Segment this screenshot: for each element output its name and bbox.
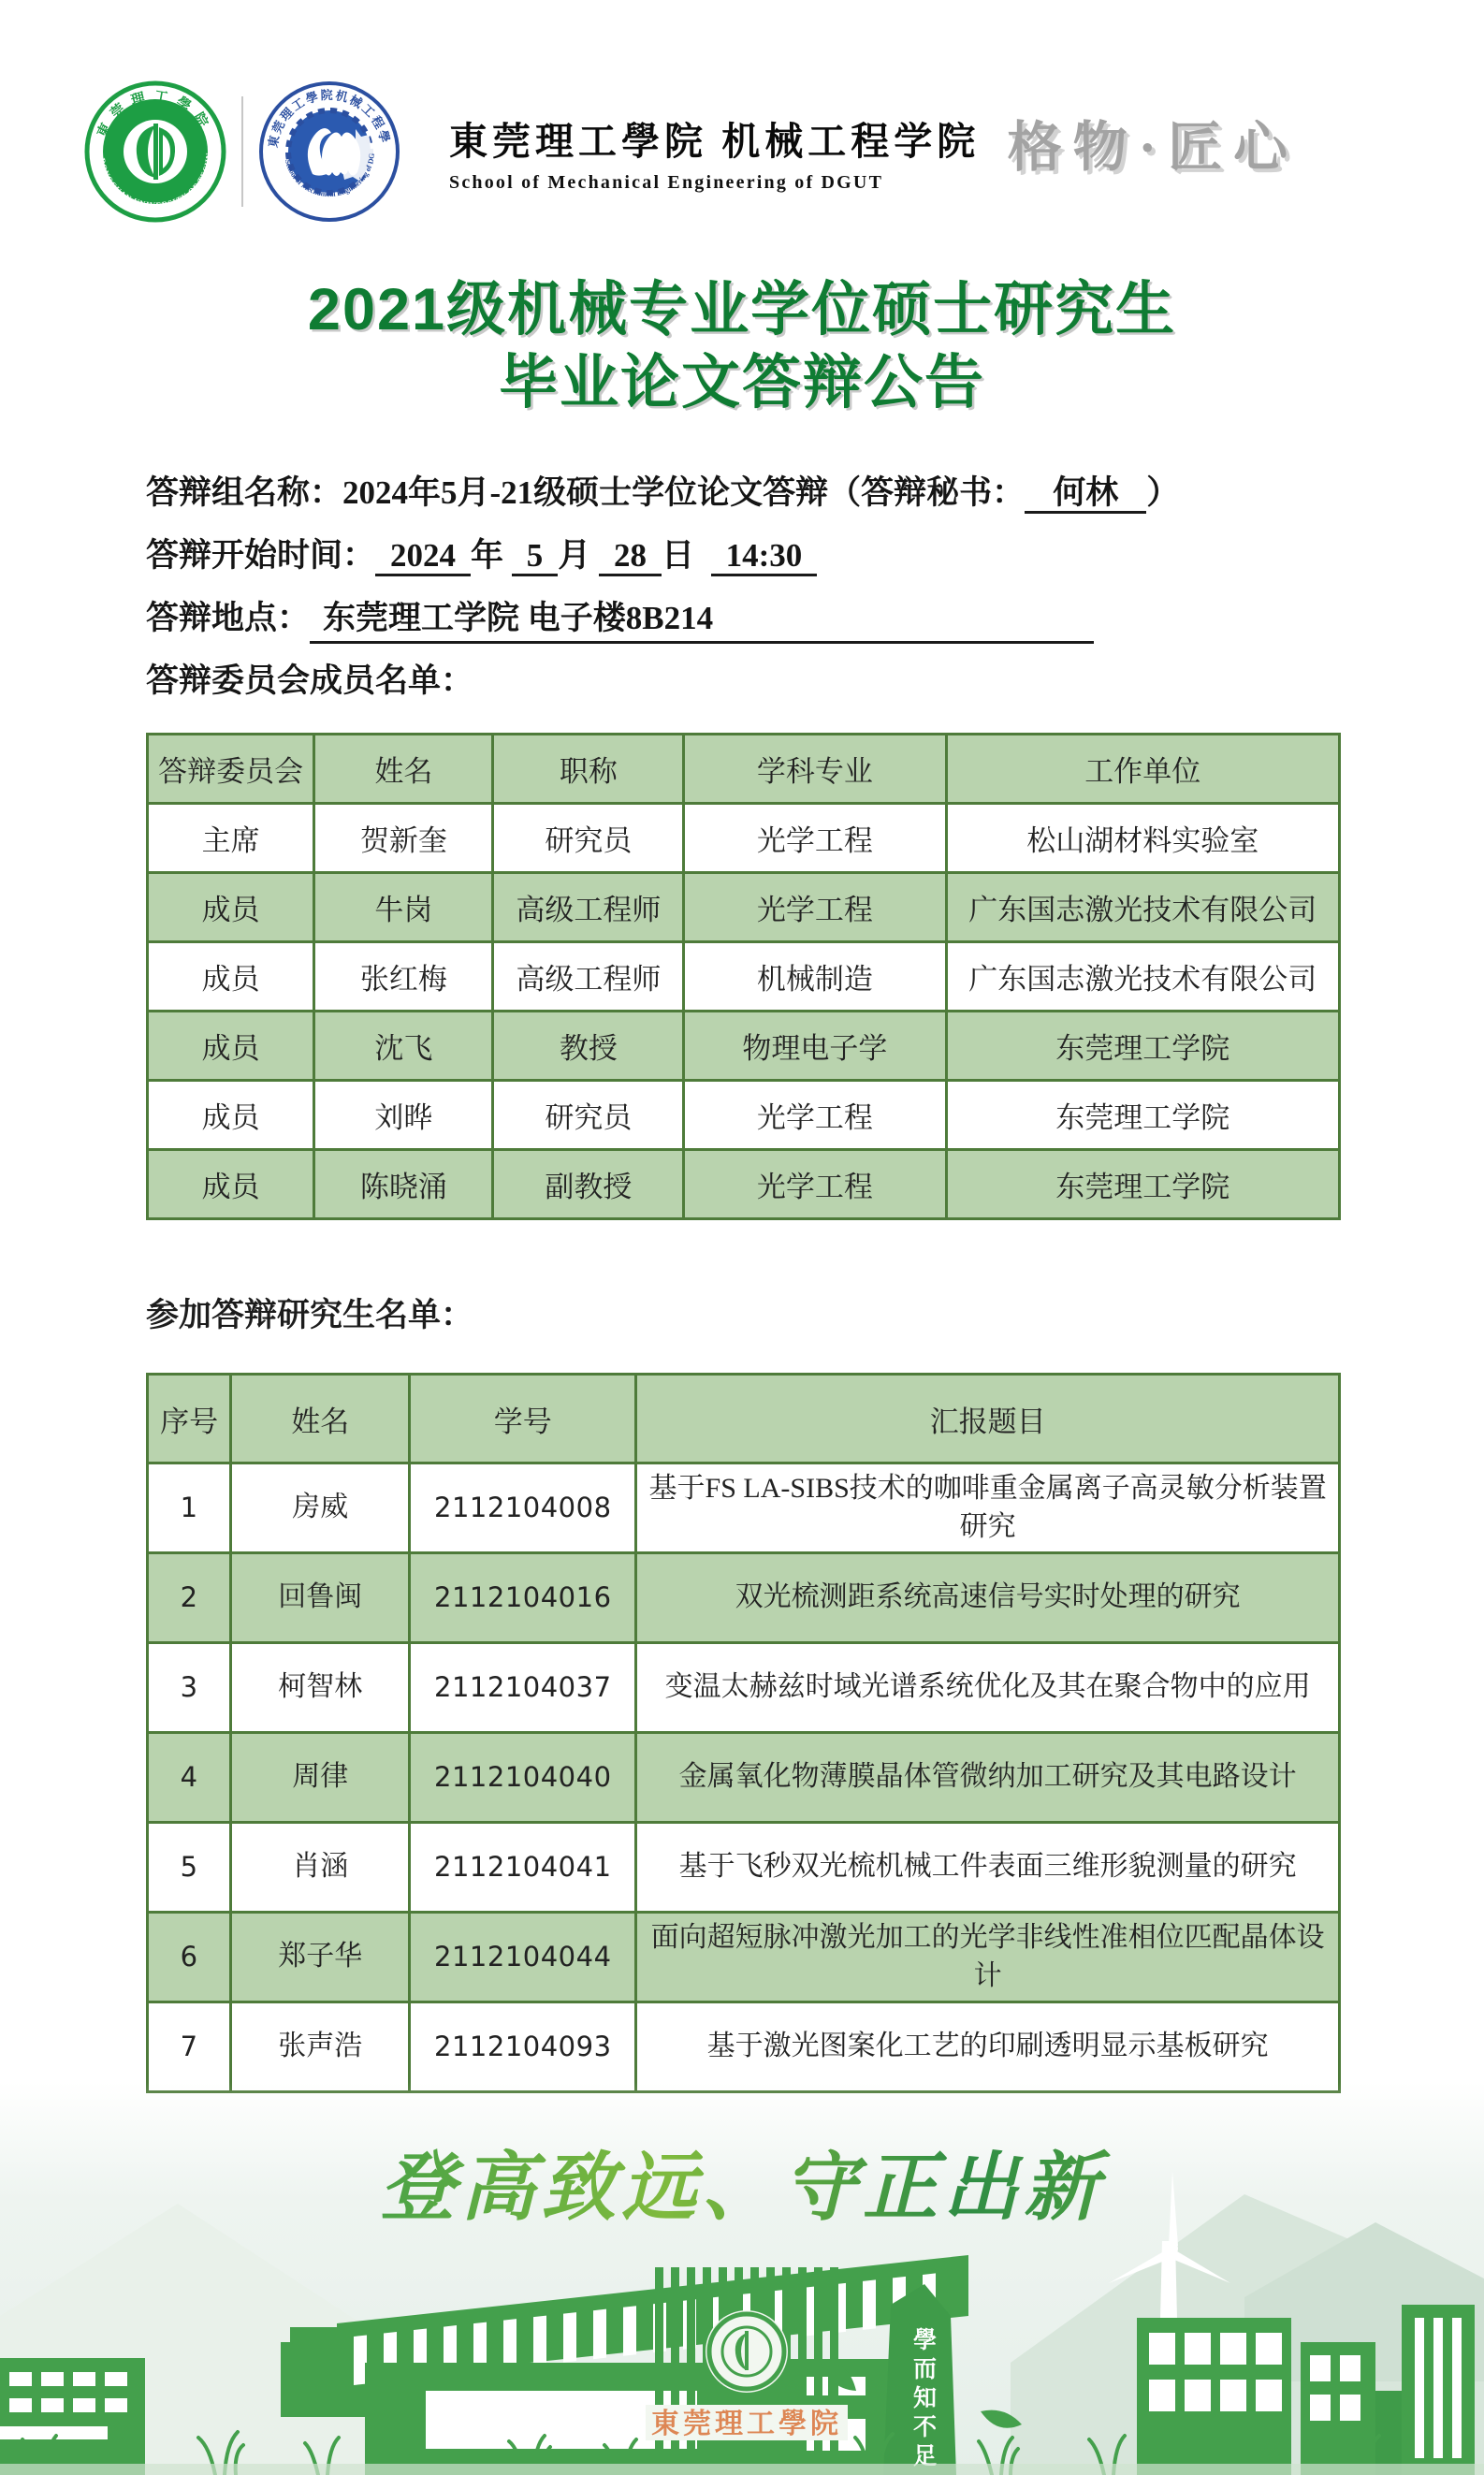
building-icon bbox=[0, 2358, 145, 2475]
table-cell: 广东国志激光技术有限公司 bbox=[946, 942, 1339, 1012]
table-cell: 2112104041 bbox=[410, 1823, 636, 1913]
defense-location-value: 东莞理工学院 电子楼8B214 bbox=[310, 596, 1094, 644]
table-cell: 成员 bbox=[148, 1150, 314, 1219]
table-cell: 张声浩 bbox=[231, 2002, 410, 2092]
table-row: 成员陈晓涌副教授光学工程东莞理工学院 bbox=[148, 1150, 1340, 1219]
school-name-en: School of Mechanical Engineering of DGUT bbox=[449, 172, 980, 194]
table-row: 4周律2112104040金属氧化物薄膜晶体管微纳加工研究及其电路设计 bbox=[148, 1733, 1340, 1823]
table-cell: 研究员 bbox=[493, 804, 684, 873]
table-cell: 房威 bbox=[231, 1463, 410, 1553]
table-row: 成员牛岗高级工程师光学工程广东国志激光技术有限公司 bbox=[148, 873, 1340, 942]
defense-year: 2024 bbox=[375, 537, 471, 576]
defense-group-label: 答辩组名称： bbox=[146, 474, 342, 511]
table-cell: 7 bbox=[148, 2002, 231, 2092]
table-cell: 基于激光图案化工艺的印刷透明显示基板研究 bbox=[636, 2002, 1340, 2092]
defense-time-label: 答辩开始时间： bbox=[146, 537, 375, 574]
table-cell: 金属氧化物薄膜晶体管微纳加工研究及其电路设计 bbox=[636, 1733, 1340, 1823]
unit-month: 月 bbox=[558, 537, 590, 574]
defense-clock: 14:30 bbox=[711, 537, 818, 576]
defense-location-line: 答辩地点：东莞理工学院 电子楼8B214 bbox=[146, 596, 1179, 659]
student-table: 序号姓名学号汇报题目1房威2112104008基于FS LA-SIBS技术的咖啡… bbox=[146, 1373, 1341, 2093]
table-cell: 4 bbox=[148, 1733, 231, 1823]
table-row: 6郑子华2112104044面向超短脉冲激光加工的光学非线性准相位匹配晶体设计 bbox=[148, 1913, 1340, 2002]
table-cell: 2112104093 bbox=[410, 2002, 636, 2092]
page-header: 東莞理工學院 DONGGUAN UNIVERSITY OF TECHNOLOGY… bbox=[84, 80, 980, 223]
committee-table: 答辩委员会姓名职称学科专业工作单位主席贺新奎研究员光学工程松山湖材料实验室成员牛… bbox=[146, 733, 1341, 1220]
table-row: 成员刘晔研究员光学工程东莞理工学院 bbox=[148, 1081, 1340, 1150]
page-title: 2021级机械专业学位硕士研究生 毕业论文答辩公告 bbox=[0, 273, 1484, 419]
table-cell: 光学工程 bbox=[684, 873, 946, 942]
table-row: 成员沈飞教授物理电子学东莞理工学院 bbox=[148, 1012, 1340, 1081]
table-cell: 5 bbox=[148, 1823, 231, 1913]
table-cell: 2112104016 bbox=[410, 1553, 636, 1643]
table-row: 3柯智林2112104037变温太赫兹时域光谱系统优化及其在聚合物中的应用 bbox=[148, 1643, 1340, 1733]
students-list-label: 参加答辩研究生名单： bbox=[146, 1289, 473, 1336]
table-cell: 光学工程 bbox=[684, 804, 946, 873]
table-cell: 成员 bbox=[148, 942, 314, 1012]
table-cell: 3 bbox=[148, 1643, 231, 1733]
column-header: 学号 bbox=[410, 1375, 636, 1463]
table-cell: 陈晓涌 bbox=[314, 1150, 493, 1219]
table-cell: 2112104008 bbox=[410, 1463, 636, 1553]
column-header: 序号 bbox=[148, 1375, 231, 1463]
column-header: 姓名 bbox=[231, 1375, 410, 1463]
table-cell: 贺新奎 bbox=[314, 804, 493, 873]
defense-group-line: 答辩组名称：2024年5月-21级硕士学位论文答辩（答辩秘书：何林） bbox=[146, 471, 1179, 533]
defense-group-close: ） bbox=[1146, 474, 1179, 511]
table-cell: 2 bbox=[148, 1553, 231, 1643]
table-row: 2回鲁闽2112104016双光梳测距系统高速信号实时处理的研究 bbox=[148, 1553, 1340, 1643]
table-row: 5肖涵2112104041基于飞秒双光梳机械工件表面三维形貌测量的研究 bbox=[148, 1823, 1340, 1913]
announcement-page: 東莞理工學院 DONGGUAN UNIVERSITY OF TECHNOLOGY… bbox=[0, 0, 1484, 2475]
header-row: 答辩委员会姓名职称学科专业工作单位 bbox=[148, 735, 1340, 804]
table-row: 主席贺新奎研究员光学工程松山湖材料实验室 bbox=[148, 804, 1340, 873]
table-cell: 基于FS LA-SIBS技术的咖啡重金属离子高灵敏分析装置研究 bbox=[636, 1463, 1340, 1553]
table-cell: 变温太赫兹时域光谱系统优化及其在聚合物中的应用 bbox=[636, 1643, 1340, 1733]
table-cell: 副教授 bbox=[493, 1150, 684, 1219]
table-row: 1房威2112104008基于FS LA-SIBS技术的咖啡重金属离子高灵敏分析… bbox=[148, 1463, 1340, 1553]
hall-building-icon bbox=[281, 2255, 968, 2475]
table-cell: 张红梅 bbox=[314, 942, 493, 1012]
page-footer: 東莞理工學院 學而知不足 bbox=[0, 2082, 1484, 2475]
page-title-line2: 毕业论文答辩公告 bbox=[0, 346, 1484, 419]
column-header: 学科专业 bbox=[684, 735, 946, 804]
table-cell: 高级工程师 bbox=[493, 942, 684, 1012]
page-title-line1: 2021级机械专业学位硕士研究生 bbox=[0, 273, 1484, 346]
table-cell: 2112104040 bbox=[410, 1733, 636, 1823]
defense-location-label: 答辩地点： bbox=[146, 600, 310, 636]
defense-info: 答辩组名称：2024年5月-21级硕士学位论文答辩（答辩秘书：何林） 答辩开始时… bbox=[146, 471, 1179, 721]
table-cell: 2112104044 bbox=[410, 1913, 636, 2002]
footer-bottom-strip bbox=[0, 2464, 1484, 2475]
table-cell: 2112104037 bbox=[410, 1643, 636, 1733]
table-cell: 主席 bbox=[148, 804, 314, 873]
table-cell: 郑子华 bbox=[231, 1913, 410, 2002]
table-cell: 研究员 bbox=[493, 1081, 684, 1150]
table-row: 成员张红梅高级工程师机械制造广东国志激光技术有限公司 bbox=[148, 942, 1340, 1012]
table-cell: 机械制造 bbox=[684, 942, 946, 1012]
column-header: 答辩委员会 bbox=[148, 735, 314, 804]
logo-divider bbox=[241, 96, 243, 207]
table-cell: 光学工程 bbox=[684, 1081, 946, 1150]
table-cell: 松山湖材料实验室 bbox=[946, 804, 1339, 873]
column-header: 姓名 bbox=[314, 735, 493, 804]
stone-motto-text: 學而知不足 bbox=[910, 2327, 938, 2472]
table-row: 7张声浩2112104093基于激光图案化工艺的印刷透明显示基板研究 bbox=[148, 2002, 1340, 2092]
school-logo-icon: 東莞理工學院机械工程學院 School of Mechanical Engine… bbox=[258, 80, 400, 223]
table-cell: 高级工程师 bbox=[493, 873, 684, 942]
school-name-block: 東莞理工學院 机械工程学院 School of Mechanical Engin… bbox=[449, 110, 980, 194]
column-header: 工作单位 bbox=[946, 735, 1339, 804]
motto-calligraphy: 格物·匠心 bbox=[1008, 103, 1299, 182]
defense-group-value: 2024年5月-21级硕士学位论文答辩（答辩秘书： bbox=[342, 474, 1025, 511]
table-cell: 广东国志激光技术有限公司 bbox=[946, 873, 1339, 942]
unit-year: 年 bbox=[471, 537, 503, 574]
table-cell: 东莞理工学院 bbox=[946, 1081, 1339, 1150]
table-cell: 东莞理工学院 bbox=[946, 1150, 1339, 1219]
defense-month: 5 bbox=[512, 537, 559, 576]
column-header: 汇报题目 bbox=[636, 1375, 1340, 1463]
secretary-name: 何林 bbox=[1025, 474, 1146, 514]
table-cell: 东莞理工学院 bbox=[946, 1012, 1339, 1081]
table-cell: 教授 bbox=[493, 1012, 684, 1081]
table-cell: 光学工程 bbox=[684, 1150, 946, 1219]
committee-list-label: 答辩委员会成员名单： bbox=[146, 659, 1179, 721]
table-cell: 成员 bbox=[148, 1012, 314, 1081]
table-cell: 牛岗 bbox=[314, 873, 493, 942]
university-logo-icon: 東莞理工學院 DONGGUAN UNIVERSITY OF TECHNOLOGY bbox=[84, 80, 226, 223]
table-cell: 成员 bbox=[148, 1081, 314, 1150]
table-cell: 6 bbox=[148, 1913, 231, 2002]
table-cell: 沈飞 bbox=[314, 1012, 493, 1081]
table-cell: 1 bbox=[148, 1463, 231, 1553]
table-cell: 成员 bbox=[148, 873, 314, 942]
header-row: 序号姓名学号汇报题目 bbox=[148, 1375, 1340, 1463]
footer-slogan-calligraphy: 登高致远、守正出新 bbox=[0, 2127, 1484, 2235]
school-name: 東莞理工學院 机械工程学院 bbox=[449, 110, 980, 166]
table-cell: 基于飞秒双光梳机械工件表面三维形貌测量的研究 bbox=[636, 1823, 1340, 1913]
unit-day: 日 bbox=[662, 537, 694, 574]
table-cell: 回鲁闽 bbox=[231, 1553, 410, 1643]
defense-time-line: 答辩开始时间：2024年 5月 28日 14:30 bbox=[146, 533, 1179, 596]
table-cell: 面向超短脉冲激光加工的光学非线性准相位匹配晶体设计 bbox=[636, 1913, 1340, 2002]
table-cell: 肖涵 bbox=[231, 1823, 410, 1913]
table-cell: 刘晔 bbox=[314, 1081, 493, 1150]
gate-school-name: 東莞理工學院 bbox=[651, 2409, 842, 2439]
defense-day: 28 bbox=[599, 537, 662, 576]
table-cell: 物理电子学 bbox=[684, 1012, 946, 1081]
table-cell: 双光梳测距系统高速信号实时处理的研究 bbox=[636, 1553, 1340, 1643]
table-cell: 柯智林 bbox=[231, 1643, 410, 1733]
table-cell: 周律 bbox=[231, 1733, 410, 1823]
column-header: 职称 bbox=[493, 735, 684, 804]
